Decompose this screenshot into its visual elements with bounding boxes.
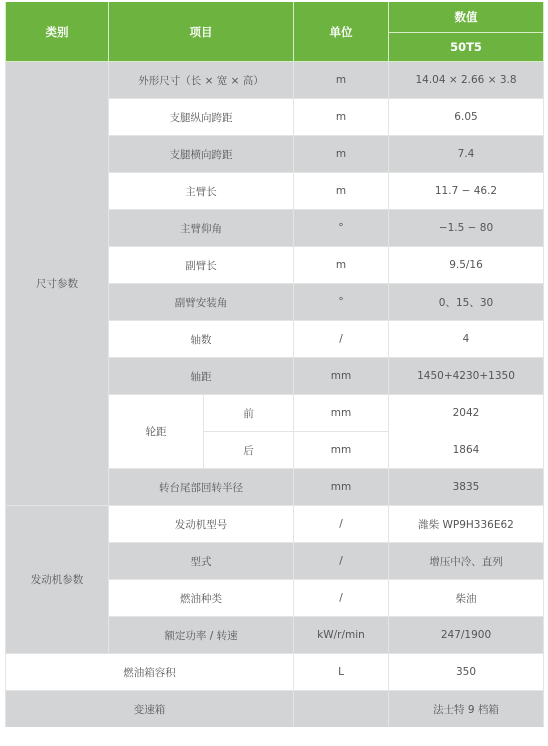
- unit-cell: kW/r/min: [294, 617, 389, 654]
- table-row: 尺寸参数 外形尺寸（长 × 宽 × 高） m 14.04 × 2.66 × 3.…: [6, 62, 544, 99]
- unit-cell: m: [294, 173, 389, 210]
- table-row: 变速箱 法士特 9 档箱: [6, 691, 544, 728]
- value-cell: 1864: [389, 432, 544, 469]
- item-cell: 转台尾部回转半径: [109, 469, 294, 506]
- value-cell: 柴油: [389, 580, 544, 617]
- item-cell: 副臂长: [109, 247, 294, 284]
- value-cell: 0、15、30: [389, 284, 544, 321]
- unit-cell: m: [294, 247, 389, 284]
- value-cell: 潍柴 WP9H336E62: [389, 506, 544, 543]
- item-cell-track: 轮距: [109, 395, 204, 469]
- value-cell: 11.7 − 46.2: [389, 173, 544, 210]
- value-cell: 法士特 9 档箱: [389, 691, 544, 728]
- unit-cell: [294, 691, 389, 728]
- table-row: 发动机参数 发动机型号 / 潍柴 WP9H336E62: [6, 506, 544, 543]
- value-cell: 4: [389, 321, 544, 358]
- value-cell: 7.4: [389, 136, 544, 173]
- item-cell-fuel-tank: 燃油箱容积: [6, 654, 294, 691]
- item-cell: 轴数: [109, 321, 294, 358]
- item-cell: 型式: [109, 543, 294, 580]
- unit-cell: L: [294, 654, 389, 691]
- item-cell: 额定功率 / 转速: [109, 617, 294, 654]
- value-cell: 350: [389, 654, 544, 691]
- spec-table: 类别 项目 单位 数值 50T5 尺寸参数 外形尺寸（长 × 宽 × 高） m …: [5, 2, 544, 727]
- unit-cell: m: [294, 62, 389, 99]
- table-row: 燃油箱容积 L 350: [6, 654, 544, 691]
- item-cell: 外形尺寸（长 × 宽 × 高）: [109, 62, 294, 99]
- sub-item-cell: 后: [204, 432, 294, 469]
- header-model: 50T5: [389, 33, 544, 62]
- value-cell: 247/1900: [389, 617, 544, 654]
- unit-cell: mm: [294, 358, 389, 395]
- item-cell: 支腿横向跨距: [109, 136, 294, 173]
- value-cell: 9.5/16: [389, 247, 544, 284]
- item-cell: 主臂长: [109, 173, 294, 210]
- unit-cell: °: [294, 284, 389, 321]
- value-cell: −1.5 − 80: [389, 210, 544, 247]
- unit-cell: /: [294, 506, 389, 543]
- category-engine: 发动机参数: [6, 506, 109, 654]
- header-unit: 单位: [294, 2, 389, 62]
- header-category: 类别: [6, 2, 109, 62]
- unit-cell: mm: [294, 395, 389, 432]
- sub-item-cell: 前: [204, 395, 294, 432]
- value-cell: 2042: [389, 395, 544, 432]
- unit-cell: m: [294, 136, 389, 173]
- category-dimensions: 尺寸参数: [6, 62, 109, 506]
- unit-cell: m: [294, 99, 389, 136]
- value-cell: 3835: [389, 469, 544, 506]
- item-cell: 副臂安装角: [109, 284, 294, 321]
- item-cell-gearbox: 变速箱: [6, 691, 294, 728]
- unit-cell: /: [294, 321, 389, 358]
- unit-cell: mm: [294, 469, 389, 506]
- unit-cell: mm: [294, 432, 389, 469]
- item-cell: 主臂仰角: [109, 210, 294, 247]
- value-cell: 1450+4230+1350: [389, 358, 544, 395]
- header-item: 项目: [109, 2, 294, 62]
- item-cell: 燃油种类: [109, 580, 294, 617]
- unit-cell: /: [294, 580, 389, 617]
- item-cell: 轴距: [109, 358, 294, 395]
- unit-cell: °: [294, 210, 389, 247]
- header-value: 数值: [389, 2, 544, 33]
- value-cell: 6.05: [389, 99, 544, 136]
- value-cell: 增压中冷、直列: [389, 543, 544, 580]
- value-cell: 14.04 × 2.66 × 3.8: [389, 62, 544, 99]
- item-cell: 发动机型号: [109, 506, 294, 543]
- unit-cell: /: [294, 543, 389, 580]
- item-cell: 支腿纵向跨距: [109, 99, 294, 136]
